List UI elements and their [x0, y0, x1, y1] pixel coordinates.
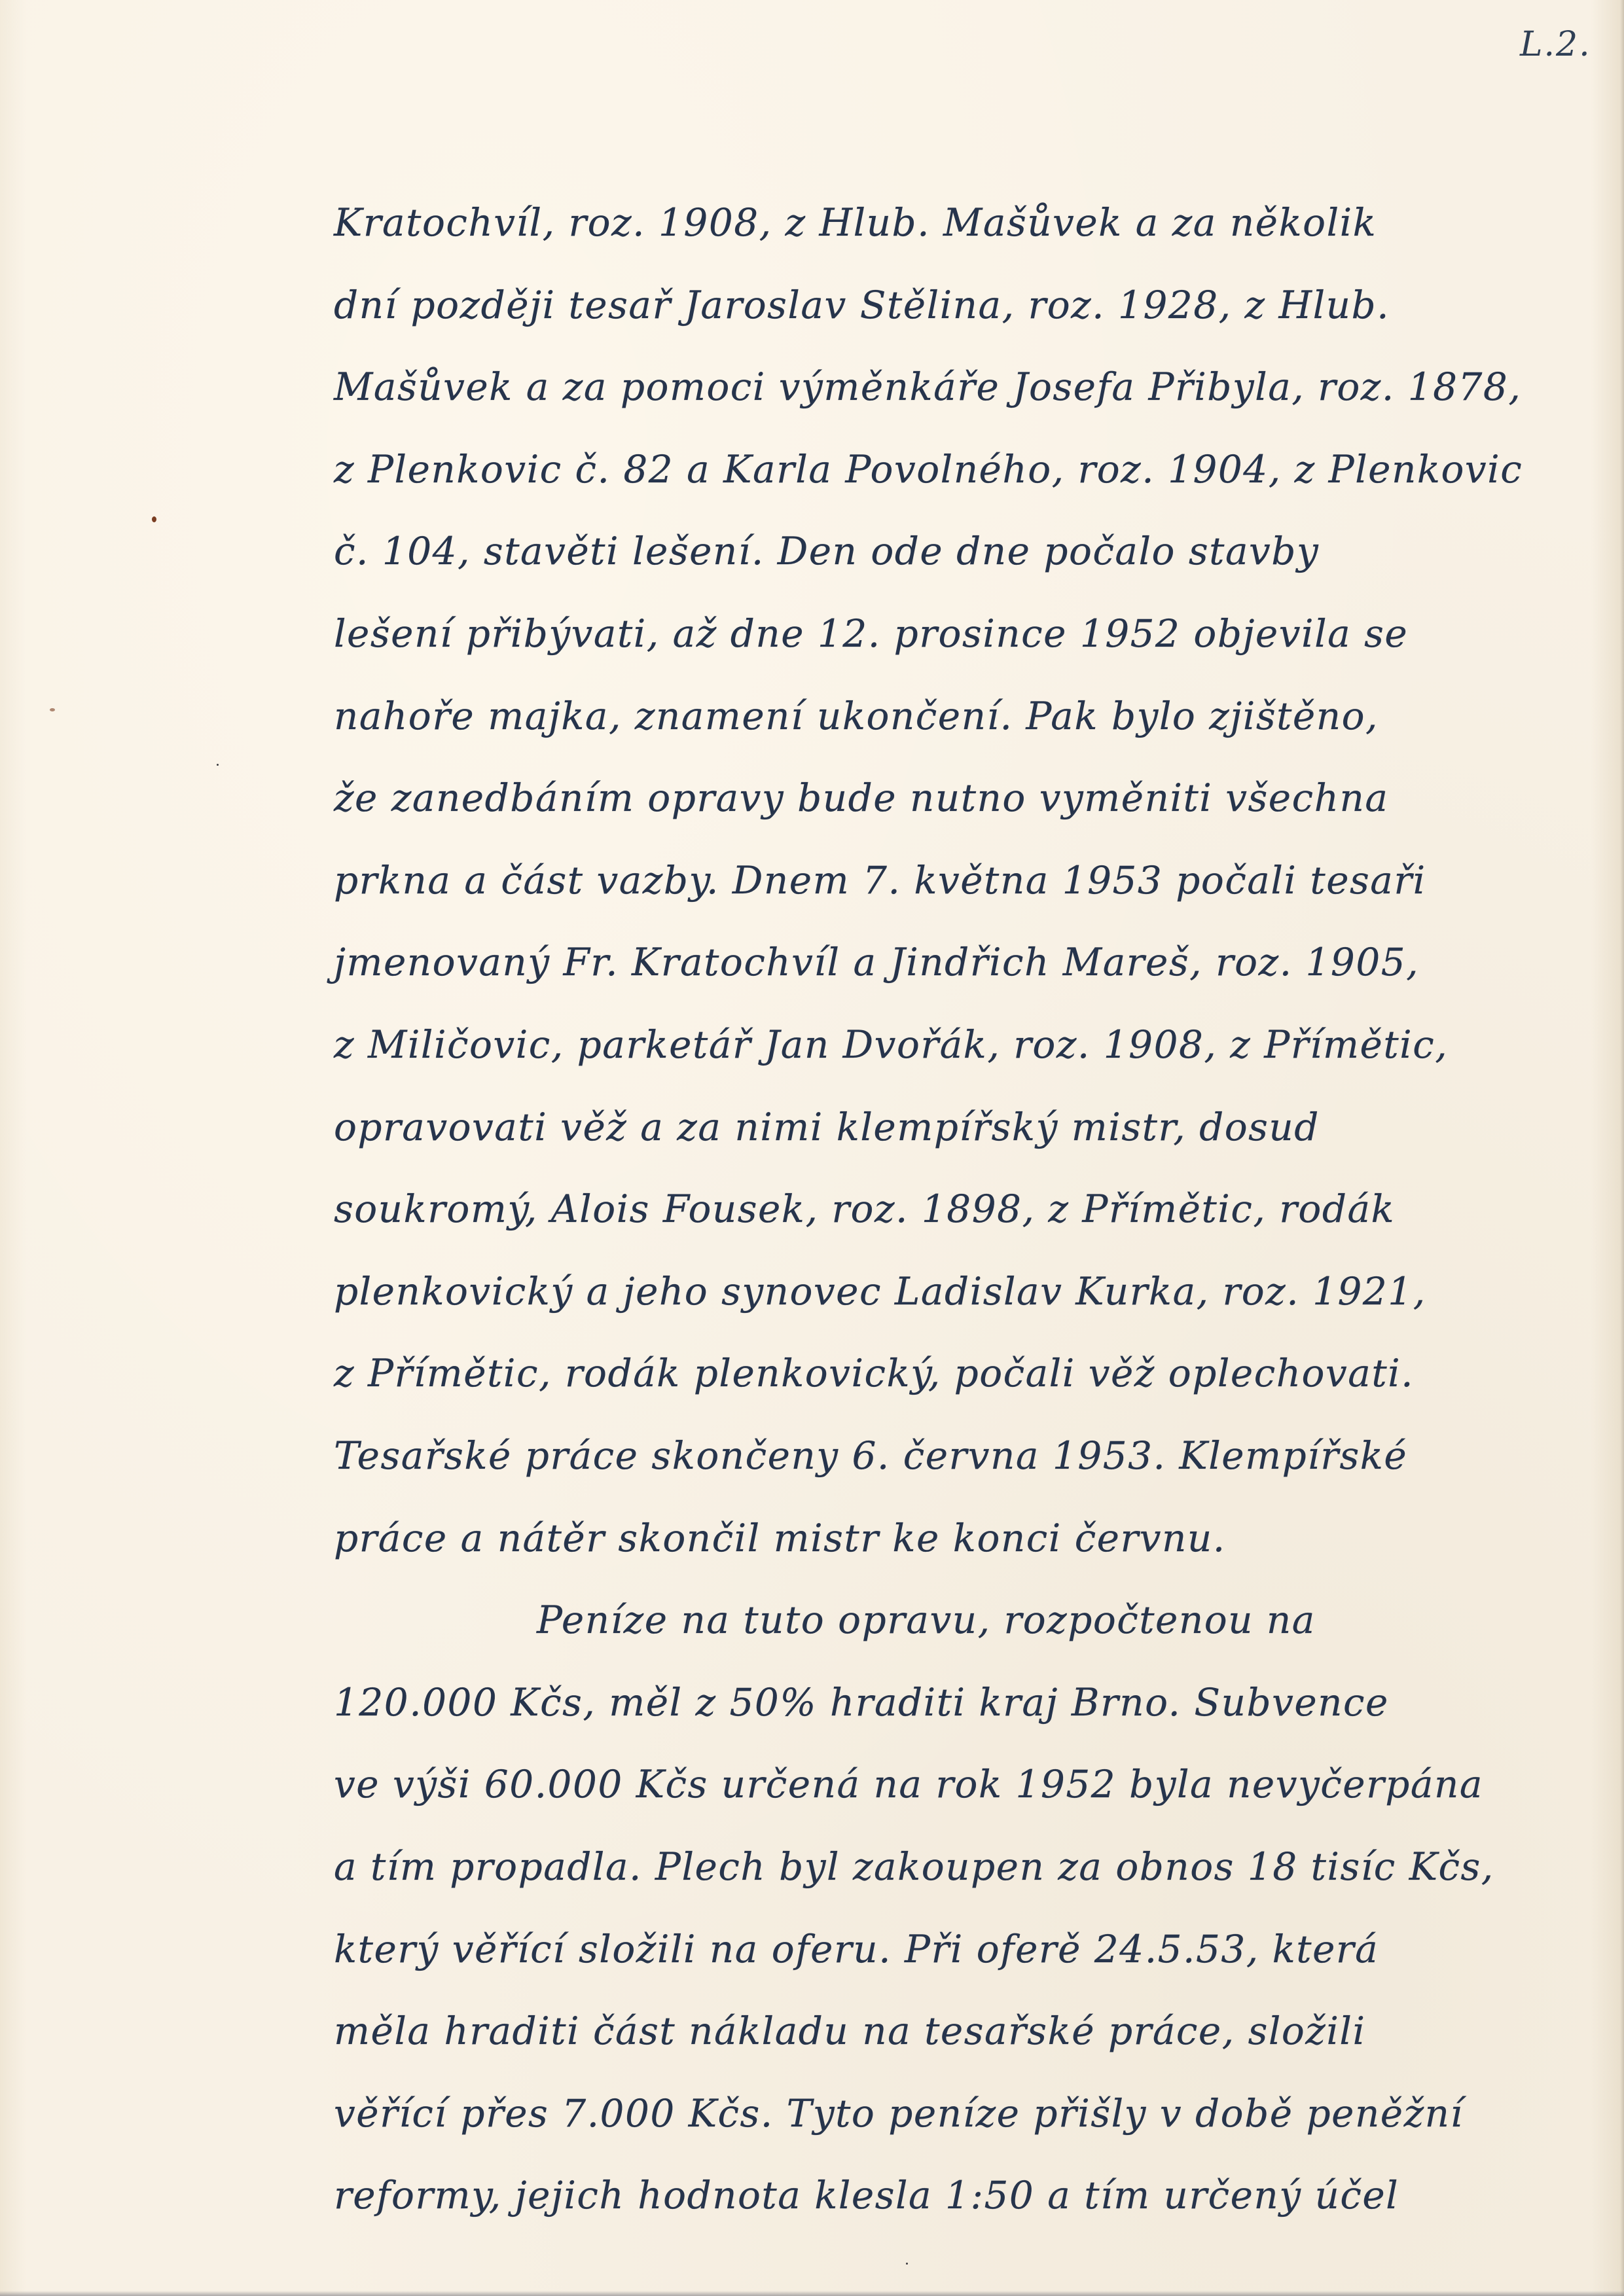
text-line: který věřící složili na oferu. Při oferě…: [334, 1926, 1379, 1972]
text-line: věřící přes 7.000 Kčs. Tyto peníze přišl…: [334, 2090, 1464, 2136]
text-line: soukromý, Alois Fousek, roz. 1898, z Pří…: [334, 1186, 1395, 1232]
text-line: opravovati věž a za nimi klempířský mist…: [334, 1104, 1320, 1150]
text-line: jmenovaný Fr. Kratochvíl a Jindřich Mare…: [334, 939, 1419, 985]
text-line: že zanedbáním opravy bude nutno vyměniti…: [334, 775, 1388, 821]
text-line: z Miličovic, parketář Jan Dvořák, roz. 1…: [334, 1022, 1448, 1067]
text-line: reformy, jejich hodnota klesla 1:50 a tí…: [334, 2172, 1399, 2218]
text-line: lešení přibývati, až dne 12. prosince 19…: [334, 611, 1408, 656]
text-line: z Plenkovic č. 82 a Karla Povolného, roz…: [334, 446, 1523, 492]
text-line: a tím propadla. Plech byl zakoupen za ob…: [334, 1844, 1494, 1890]
text-line: 120.000 Kčs, měl z 50% hraditi kraj Brno…: [334, 1679, 1389, 1725]
ink-stain: [152, 516, 156, 522]
text-line: ve výši 60.000 Kčs určená na rok 1952 by…: [334, 1761, 1483, 1807]
text-line: Tesařské práce skončeny 6. června 1953. …: [334, 1433, 1407, 1479]
text-line: Mašůvek a za pomoci výměnkáře Josefa Při…: [334, 364, 1521, 410]
paper-speck: [906, 2263, 908, 2265]
paper-speck: [217, 764, 219, 766]
handwritten-text-block: Kratochvíl, roz. 1908, z Hlub. Mašůvek a…: [0, 0, 1624, 2296]
text-line: č. 104, stavěti lešení. Den ode dne poča…: [334, 528, 1319, 574]
ink-stain: [50, 708, 55, 711]
text-line: z Přímětic, rodák plenkovický, počali vě…: [334, 1350, 1414, 1396]
text-line: nahoře majka, znamení ukončení. Pak bylo…: [334, 693, 1379, 739]
text-line: dní později tesař Jaroslav Stělina, roz.…: [334, 282, 1390, 328]
paragraph-start-line: Peníze na tuto opravu, rozpočtenou na: [537, 1597, 1316, 1643]
text-line: plenkovický a jeho synovec Ladislav Kurk…: [334, 1268, 1426, 1314]
text-line: Kratochvíl, roz. 1908, z Hlub. Mašůvek a…: [334, 200, 1377, 245]
text-line: měla hraditi část nákladu na tesařské pr…: [334, 2008, 1366, 2054]
text-line: prkna a část vazby. Dnem 7. května 1953 …: [334, 857, 1426, 903]
text-line: práce a nátěr skončil mistr ke konci čer…: [334, 1515, 1226, 1561]
